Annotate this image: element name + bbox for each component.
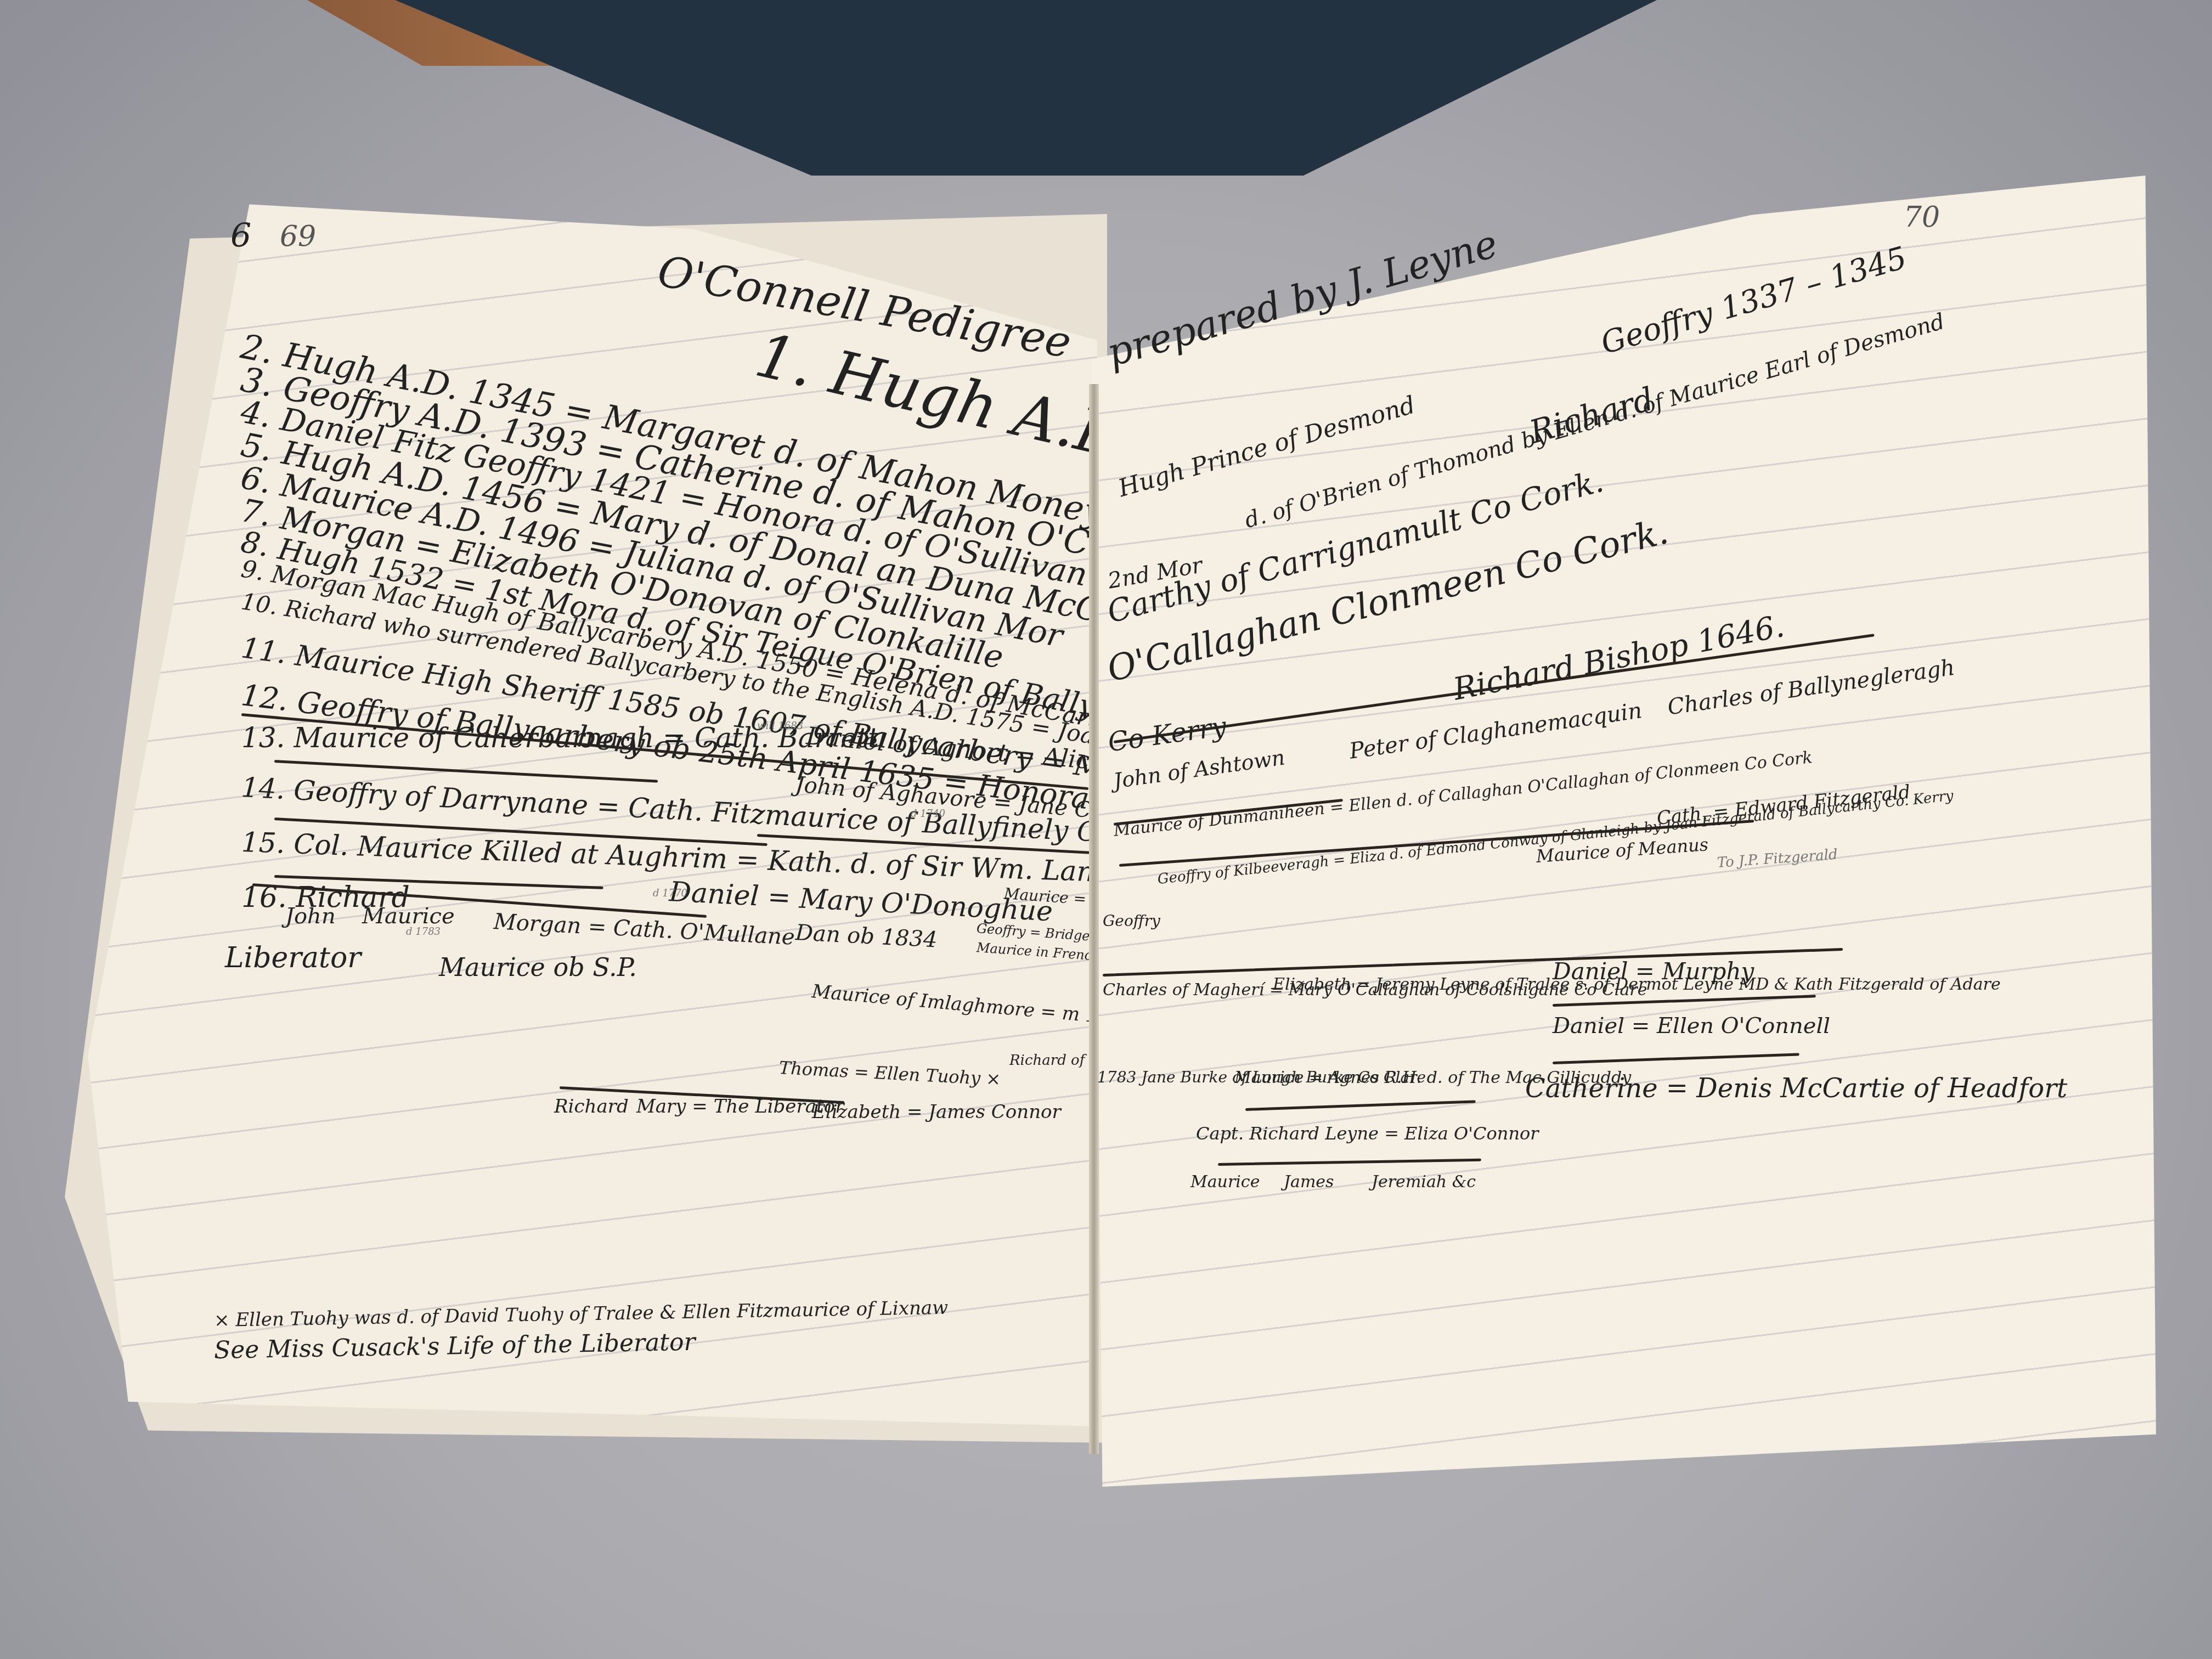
pencil-note: d 1783 — [406, 927, 441, 937]
margin-mark: 6 — [230, 219, 251, 252]
tree-entry: Maurice — [362, 905, 455, 927]
tree-entry: Daniel = Ellen O'Connell — [1553, 1015, 1830, 1037]
pencil-note: d 1770 — [653, 889, 687, 899]
pencil-note: will 1683 — [757, 721, 803, 731]
tree-entry: Richard — [554, 1097, 629, 1116]
tree-entry: Daniel = Murphy — [1553, 960, 1754, 983]
tree-entry: Liberator — [225, 944, 361, 972]
page-number-right: 70 — [1904, 203, 1940, 232]
book-gutter — [1089, 384, 1099, 1454]
notebook: 6 69 O'Connell Pedigree 1. Hugh A.D. 133… — [0, 0, 2212, 1659]
tree-entry: Jeremiah &c — [1372, 1174, 1476, 1190]
tree-entry: Catherine = Denis McCartie of Headfort — [1525, 1075, 2067, 1102]
tree-entry: James — [1284, 1174, 1334, 1190]
page-number-left: 69 — [280, 222, 316, 251]
tree-entry: Maurice ob S.P. — [439, 955, 637, 980]
tree-entry: John — [285, 905, 336, 927]
tree-entry: Geoffry — [1103, 913, 1160, 929]
tree-entry: Capt. Richard Leyne = Eliza O'Connor — [1196, 1125, 1539, 1142]
pencil-note: d 1740 — [911, 809, 945, 819]
tree-entry: Elizabeth = James Connor — [812, 1103, 1061, 1121]
tree-entry: Maurice — [1190, 1174, 1260, 1190]
